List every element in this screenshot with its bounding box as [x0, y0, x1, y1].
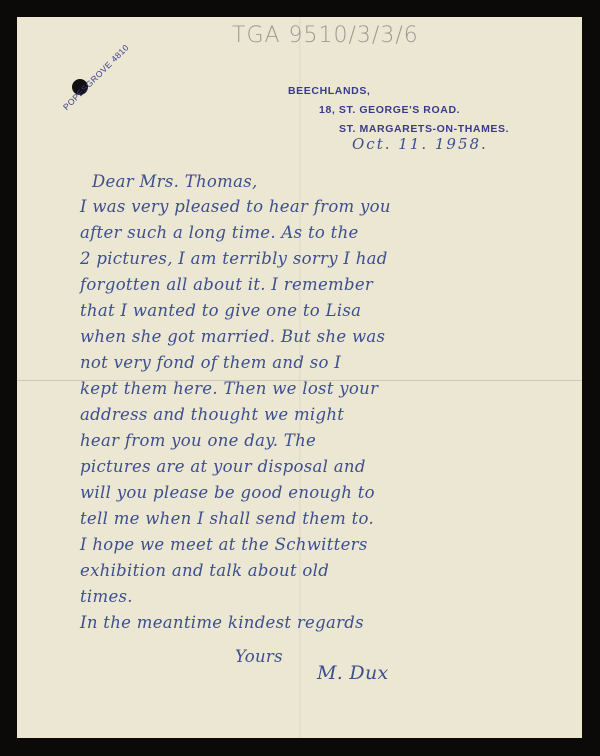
letter-date: Oct. 11. 1958. [352, 135, 488, 153]
signature: M. Dux [317, 662, 389, 684]
letterhead-address-line: BEECHLANDS, [288, 85, 370, 97]
body-line: 2 pictures, I am terribly sorry I had [80, 249, 388, 268]
body-line: will you please be good enough to [80, 483, 375, 502]
body-line: hear from you one day. The [80, 431, 316, 450]
body-line: tell me when I shall send them to. [80, 509, 374, 528]
letterhead-address-line: ST. MARGARETS-ON-THAMES. [339, 123, 509, 135]
body-line: kept them here. Then we lost your [80, 379, 378, 398]
closing: Yours [235, 647, 283, 666]
letterhead-telephone: POPESGROVE 4810 [61, 42, 131, 112]
body-line: that I wanted to give one to Lisa [80, 301, 361, 320]
body-line: after such a long time. As to the [80, 223, 359, 242]
salutation: Dear Mrs. Thomas, [92, 172, 258, 191]
letterhead-address-line: 18, ST. GEORGE'S ROAD. [319, 104, 460, 116]
letter-page: TGA 9510/3/3/6 POPESGROVE 4810 BEECHLAND… [17, 17, 582, 738]
body-line: exhibition and talk about old [80, 561, 329, 580]
body-line: pictures are at your disposal and [80, 457, 366, 476]
body-line: address and thought we might [80, 405, 344, 424]
body-line: I hope we meet at the Schwitters [80, 535, 368, 554]
body-line: I was very pleased to hear from you [80, 197, 391, 216]
body-line: not very fond of them and so I [80, 353, 341, 372]
body-line: In the meantime kindest regards [80, 613, 364, 632]
archive-reference: TGA 9510/3/3/6 [232, 23, 419, 48]
body-line: forgotten all about it. I remember [80, 275, 373, 294]
body-line: when she got married. But she was [80, 327, 385, 346]
body-line: times. [80, 587, 133, 606]
